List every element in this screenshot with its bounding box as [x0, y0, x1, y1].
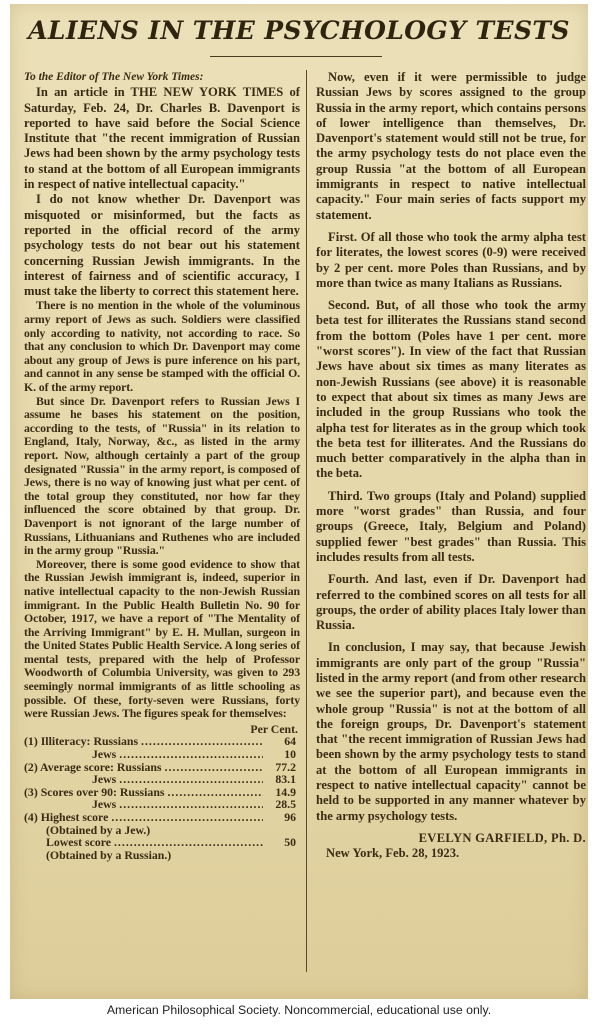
right-column: Now, even if it were permissible to judg… — [316, 70, 586, 862]
paragraph: First. Of all those who took the army al… — [316, 230, 586, 291]
paragraph: In an article in THE NEW YORK TIMES of S… — [24, 85, 300, 192]
leader-dots — [141, 735, 263, 748]
column-divider — [306, 70, 307, 972]
figure-note: (Obtained by a Russian.) — [24, 849, 171, 862]
dateline: New York, Feb. 28, 1923. — [316, 846, 586, 861]
figure-label: (1) Illiteracy: Russians — [24, 735, 138, 748]
leader-dots — [119, 798, 263, 811]
figure-row: Jews 83.1 — [24, 773, 300, 786]
figure-label: (4) Highest score — [24, 811, 108, 824]
signature: EVELYN GARFIELD, Ph. D. — [316, 831, 586, 846]
figure-row: Jews 10 — [24, 748, 300, 761]
newspaper-clipping: ALIENS IN THE PSYCHOLOGY TESTS To the Ed… — [10, 4, 588, 999]
figures-table: Per Cent. (1) Illiteracy: Russians 64 Je… — [24, 723, 300, 862]
figure-value: 83.1 — [266, 773, 300, 786]
figure-row: (1) Illiteracy: Russians 64 — [24, 735, 300, 748]
dense-text-block: There is no mention in the whole of the … — [24, 299, 300, 720]
figure-label: Lowest score — [24, 836, 111, 849]
paragraph: But since Dr. Davenport refers to Russia… — [24, 395, 300, 558]
figure-label: Jews — [24, 773, 116, 786]
figure-value: 50 — [266, 836, 300, 849]
paragraph: Now, even if it were permissible to judg… — [316, 70, 586, 223]
figure-label: Jews — [24, 748, 116, 761]
leader-dots — [111, 811, 263, 824]
paragraph: In conclusion, I may say, that because J… — [316, 640, 586, 824]
paragraph: Moreover, there is some good evidence to… — [24, 558, 300, 721]
figure-row: Lowest score 50 — [24, 836, 300, 849]
figure-row: (3) Scores over 90: Russians 14.9 — [24, 786, 300, 799]
salutation: To the Editor of The New York Times: — [24, 70, 300, 85]
leader-dots — [119, 773, 263, 786]
paragraph: There is no mention in the whole of the … — [24, 299, 300, 394]
figure-note-row: (Obtained by a Russian.) — [24, 849, 300, 862]
paragraph: Fourth. And last, even if Dr. Davenport … — [316, 572, 586, 633]
paragraph: I do not know whether Dr. Davenport was … — [24, 192, 300, 299]
figure-row: (4) Highest score 96 — [24, 811, 300, 824]
leader-dots — [114, 836, 263, 849]
figure-row: (2) Average score: Russians 77.2 — [24, 761, 300, 774]
headline: ALIENS IN THE PSYCHOLOGY TESTS — [10, 16, 588, 45]
paragraph: Second. But, of all those who took the a… — [316, 298, 586, 482]
archive-caption: American Philosophical Society. Noncomme… — [0, 1003, 598, 1017]
figure-value: 10 — [266, 748, 300, 761]
leader-dots — [119, 748, 263, 761]
paragraph: Third. Two groups (Italy and Poland) sup… — [316, 489, 586, 565]
left-column: To the Editor of The New York Times: In … — [24, 70, 300, 861]
figure-value: 96 — [266, 811, 300, 824]
headline-rule — [210, 56, 382, 57]
leader-dots — [167, 786, 263, 799]
leader-dots — [165, 761, 263, 774]
